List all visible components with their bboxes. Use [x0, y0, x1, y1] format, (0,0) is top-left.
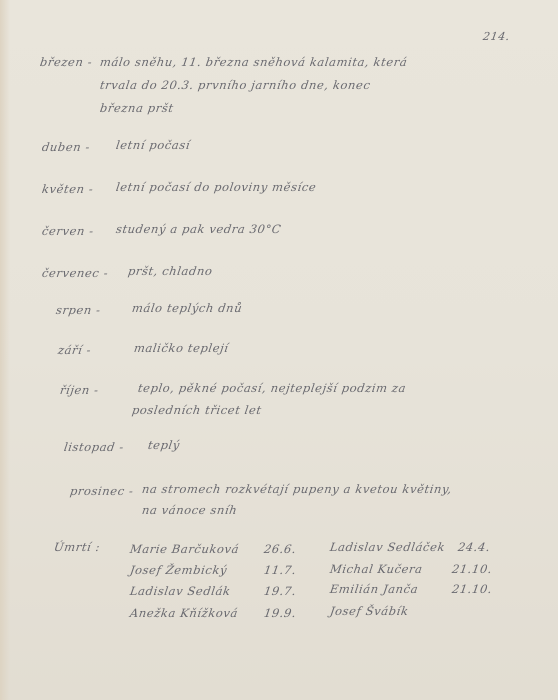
death-name: Ladislav Sedlák: [129, 584, 232, 598]
month-label: červenec -: [41, 266, 109, 280]
death-date: 11.7.: [263, 563, 297, 577]
death-date: 26.6.: [263, 542, 297, 556]
entry-line: na stromech rozkvétají pupeny a kvetou k…: [141, 482, 453, 496]
death-name: Ladislav Sedláček: [329, 540, 446, 554]
death-name: Michal Kučera: [329, 562, 424, 576]
page-number: 214.: [482, 30, 511, 43]
handwritten-chronicle-page: 214. březen - málo sněhu, 11. března sně…: [0, 0, 558, 700]
month-label: září -: [57, 343, 92, 357]
death-date: 19.9.: [263, 606, 297, 620]
entry-line: posledních třicet let: [131, 403, 263, 417]
death-name: Emilián Janča: [329, 582, 419, 596]
month-label: květen -: [41, 182, 94, 196]
entry-line: letní počasí do poloviny měsíce: [115, 180, 317, 194]
entry-line: března pršt: [99, 101, 175, 115]
death-name: Anežka Kňížková: [129, 606, 239, 620]
month-label: listopad -: [63, 440, 125, 454]
month-label: červen -: [41, 224, 95, 238]
entry-line: teplý: [147, 438, 181, 452]
month-label: srpen -: [55, 303, 102, 317]
entry-line: studený a pak vedra 30°C: [115, 222, 282, 236]
death-date: 21.10.: [451, 562, 493, 576]
entry-line: málo teplých dnů: [131, 301, 243, 315]
month-label: březen -: [39, 55, 93, 69]
entry-line: málo sněhu, 11. března sněhová kalamita,…: [99, 55, 408, 69]
deaths-label: Úmrtí :: [53, 540, 101, 554]
death-name: Josef Švábík: [329, 604, 410, 618]
death-date: 19.7.: [263, 584, 297, 598]
entry-line: pršt, chladno: [127, 264, 214, 278]
entry-line: trvala do 20.3. prvního jarního dne, kon…: [99, 78, 372, 92]
entry-line: maličko teplejí: [133, 341, 230, 355]
entry-line: teplo, pěkné počasí, nejteplejší podzim …: [137, 381, 407, 395]
death-name: Josef Žembický: [129, 563, 228, 577]
month-label: duben -: [41, 140, 91, 154]
death-date: 24.4.: [457, 540, 491, 554]
death-name: Marie Barčuková: [129, 542, 240, 556]
month-label: říjen -: [59, 383, 100, 397]
month-label: prosinec -: [69, 484, 135, 498]
entry-line: na vánoce sníh: [141, 503, 238, 517]
entry-line: letní počasí: [115, 138, 191, 152]
death-date: 21.10.: [451, 582, 493, 596]
